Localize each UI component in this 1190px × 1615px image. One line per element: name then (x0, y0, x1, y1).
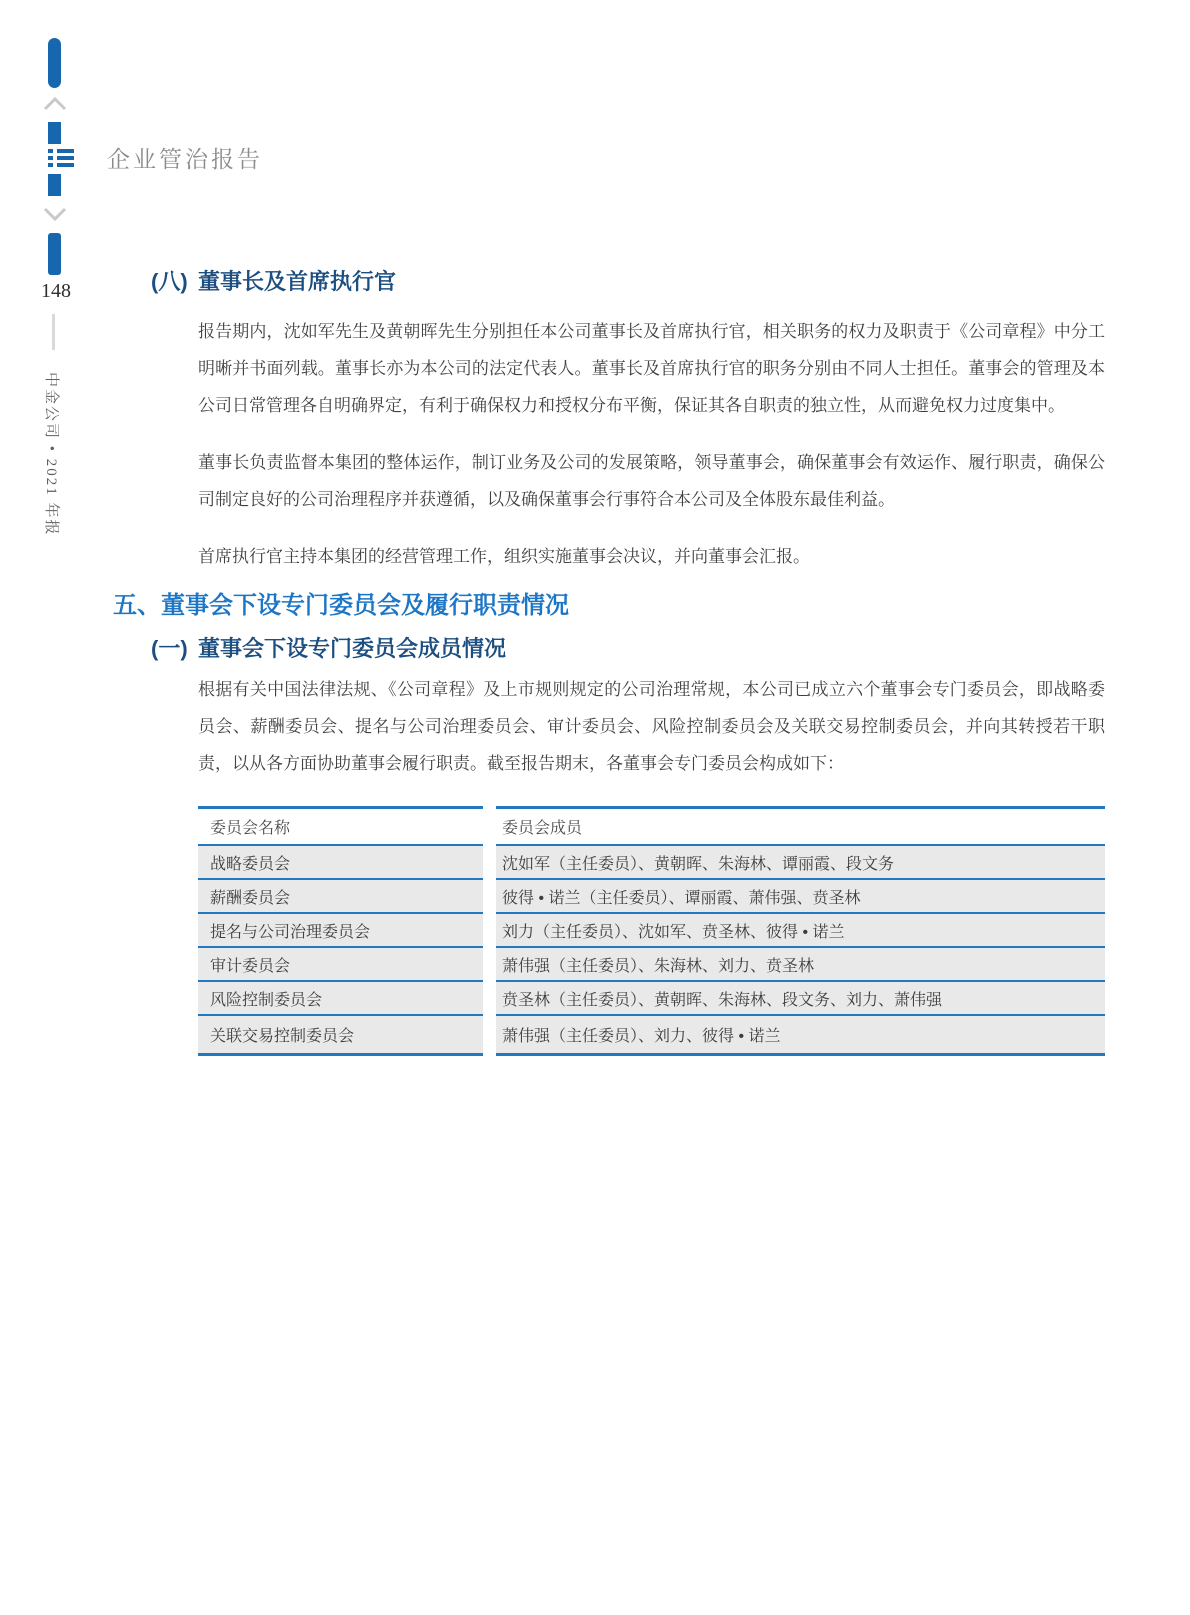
table-row: 风险控制委员会 贲圣林（主任委员）、黄朝晖、朱海林、段文务、刘力、萧伟强 (198, 982, 1105, 1016)
committee-name-cell: 关联交易控制委员会 (198, 1016, 483, 1056)
column-header-committee-members: 委员会成员 (496, 806, 1105, 846)
section-label: 五、 (113, 592, 161, 619)
committee-members-cell: 贲圣林（主任委员）、黄朝晖、朱海林、段文务、刘力、萧伟强 (496, 982, 1105, 1016)
chevron-down-icon (43, 207, 67, 221)
rounded-bar-icon (48, 38, 61, 88)
committee-name-cell: 提名与公司治理委员会 (198, 914, 483, 948)
table-row: 战略委员会 沈如军（主任委员）、黄朝晖、朱海林、谭丽霞、段文务 (198, 846, 1105, 880)
section-heading-chairman-ceo: (八) 董事长及首席执行官 (198, 268, 1105, 296)
block-icon (48, 122, 61, 144)
subsection-title: 董事会下设专门委员会成员情况 (198, 636, 506, 661)
committee-table-header-row: 委员会名称 委员会成员 (198, 806, 1105, 846)
committee-name-cell: 风险控制委员会 (198, 982, 483, 1016)
table-row: 提名与公司治理委员会 刘力（主任委员）、沈如军、贲圣林、彼得 • 诺兰 (198, 914, 1105, 948)
committee-members-cell: 沈如军（主任委员）、黄朝晖、朱海林、谭丽霞、段文务 (496, 846, 1105, 880)
committee-name-cell: 薪酬委员会 (198, 880, 483, 914)
page-number: 148 (36, 280, 76, 303)
spine-text: 中金公司 • 2021 年报 (42, 372, 63, 537)
committee-members-cell: 萧伟强（主任委员）、刘力、彼得 • 诺兰 (496, 1016, 1105, 1056)
paragraph: 根据有关中国法律法规、《公司章程》及上市规则规定的公司治理常规，本公司已成立六个… (198, 671, 1105, 782)
table-row: 薪酬委员会 彼得 • 诺兰（主任委员）、谭丽霞、萧伟强、贲圣林 (198, 880, 1105, 914)
subsection-label: (一) (151, 635, 188, 663)
committee-name-cell: 审计委员会 (198, 948, 483, 982)
main-content: (八) 董事长及首席执行官 报告期内，沈如军先生及黄朝晖先生分别担任本公司董事长… (198, 0, 1105, 1056)
subsection-heading-committee-members: (一) 董事会下设专门委员会成员情况 (198, 635, 1105, 663)
section-heading-committees: 五、董事会下设专门委员会及履行职责情况 (113, 591, 1105, 621)
page-number-rule (52, 314, 55, 350)
section-title: 董事会下设专门委员会及履行职责情况 (161, 592, 569, 619)
section-title: 董事长及首席执行官 (198, 269, 396, 294)
committee-members-cell: 萧伟强（主任委员）、朱海林、刘力、贲圣林 (496, 948, 1105, 982)
paragraph: 报告期内，沈如军先生及黄朝晖先生分别担任本公司董事长及首席执行官，相关职务的权力… (198, 313, 1105, 424)
section-label: (八) (151, 268, 188, 296)
list-icon (48, 149, 74, 169)
bar-icon (48, 233, 61, 275)
page-margin-decoration: 148 中金公司 • 2021 年报 (0, 0, 90, 1615)
committee-table: 委员会名称 委员会成员 战略委员会 沈如军（主任委员）、黄朝晖、朱海林、谭丽霞、… (198, 806, 1105, 1056)
paragraph: 董事长负责监督本集团的整体运作，制订业务及公司的发展策略，领导董事会，确保董事会… (198, 444, 1105, 518)
committee-members-cell: 彼得 • 诺兰（主任委员）、谭丽霞、萧伟强、贲圣林 (496, 880, 1105, 914)
committee-members-cell: 刘力（主任委员）、沈如军、贲圣林、彼得 • 诺兰 (496, 914, 1105, 948)
committee-table-body: 战略委员会 沈如军（主任委员）、黄朝晖、朱海林、谭丽霞、段文务 薪酬委员会 彼得… (198, 846, 1105, 1056)
column-header-committee-name: 委员会名称 (198, 806, 483, 846)
table-row: 关联交易控制委员会 萧伟强（主任委员）、刘力、彼得 • 诺兰 (198, 1016, 1105, 1056)
paragraph: 首席执行官主持本集团的经营管理工作，组织实施董事会决议，并向董事会汇报。 (198, 538, 1105, 575)
committee-name-cell: 战略委员会 (198, 846, 483, 880)
chevron-up-icon (43, 97, 67, 111)
table-row: 审计委员会 萧伟强（主任委员）、朱海林、刘力、贲圣林 (198, 948, 1105, 982)
block-icon (48, 174, 61, 196)
